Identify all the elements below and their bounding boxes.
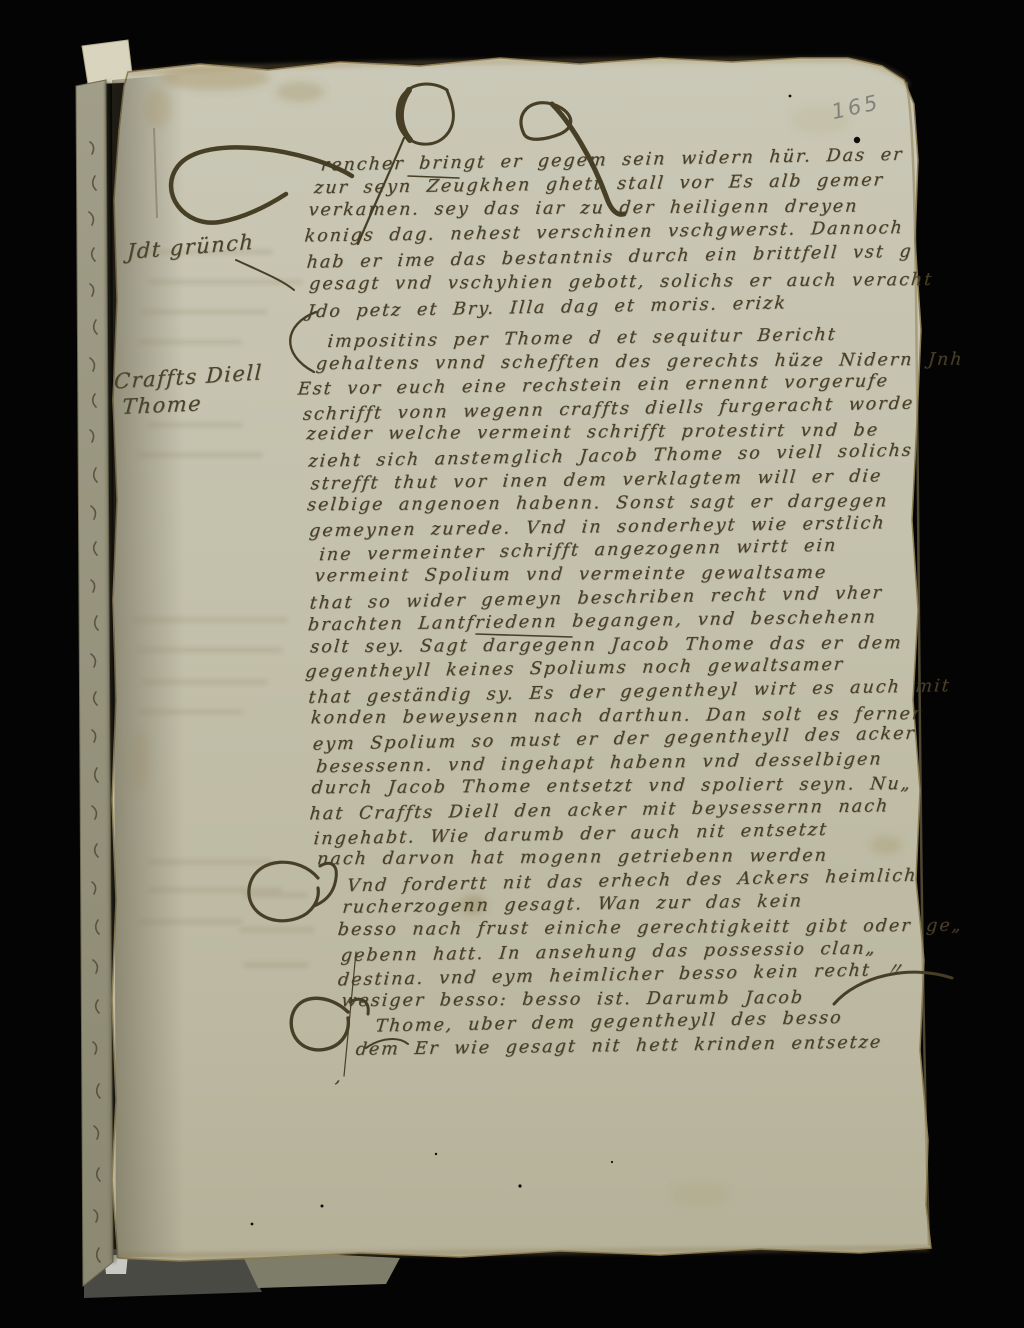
manuscript-line: ingehabt. Wie darumb der auch nit entset… xyxy=(313,821,829,850)
manuscript-line: hab er ime das bestantnis durch ein brit… xyxy=(306,243,914,273)
manuscript-line: rucherzogenn gesagt. Wan zur das kein xyxy=(342,892,804,918)
manuscript-line: nach darvon hat mogenn getriebenn werden xyxy=(316,847,828,870)
manuscript-line: solt sey. Sagt dargegenn Jacob Thome das… xyxy=(310,634,904,657)
manuscript-line: ine vermeinter schrifft angezogenn wirtt… xyxy=(318,537,838,566)
handwritten-text-layer: 165 Jdt grünch Craffts Diell Thome rench… xyxy=(0,0,1024,1328)
manuscript-line: destina. vnd eym heimlicher besso kein r… xyxy=(337,961,906,991)
manuscript-line: strefft thut vor inen dem verklagtem wil… xyxy=(310,467,883,494)
manuscript-line: Vnd fordertt nit das erhech des Ackers h… xyxy=(346,867,918,897)
folio-number: 165 xyxy=(830,92,882,123)
manuscript-line: brachten Lantfriedenn begangen, vnd besc… xyxy=(307,608,878,635)
margin-note: Craffts Diell xyxy=(114,362,264,392)
manuscript-line: Thome, uber dem gegentheyll des besso xyxy=(374,1009,843,1037)
manuscript-line: gegentheyll keines Spoliums noch gewalts… xyxy=(304,656,845,683)
manuscript-line: Jdo petz et Bry. Illa dag et moris. eriz… xyxy=(306,294,787,322)
manuscript-line: zur seyn Zeugkhen ghett stall vor Es alb… xyxy=(313,171,885,198)
manuscript-line: wesiger besso: besso ist. Darumb Jacob xyxy=(341,989,805,1011)
manuscript-line: verkamen. sey das iar zu der heiligenn d… xyxy=(308,198,859,221)
margin-note: Thome xyxy=(122,393,203,418)
manuscript-line: besso nach frust einiche gerechtigkeitt … xyxy=(337,917,964,941)
margin-note: Jdt grünch xyxy=(127,232,255,263)
manuscript-line: dem Er wie gesagt nit hett krinden entse… xyxy=(355,1033,883,1060)
manuscript-line: selbige angenoen habenn. Sonst sagt er d… xyxy=(306,492,889,515)
manuscript-line: gesagt vnd vschyhien gebott, solichs er … xyxy=(308,271,934,295)
ink-mark: ʼ xyxy=(330,1077,341,1098)
manuscript-line: durch Jacob Thome entsetzt vnd spoliert … xyxy=(311,775,913,798)
manuscript-line: besessenn. vnd ingehapt habenn vnd desse… xyxy=(315,750,883,777)
manuscript-line: impositins per Thome d et sequitur Beric… xyxy=(327,326,838,352)
manuscript-line: vermeint Spolium vnd vermeinte gewaltsam… xyxy=(314,564,828,587)
manuscript-line: zeider welche vermeint schrifft protesti… xyxy=(306,421,880,444)
manuscript-photo: 165 Jdt grünch Craffts Diell Thome rench… xyxy=(0,0,1024,1328)
